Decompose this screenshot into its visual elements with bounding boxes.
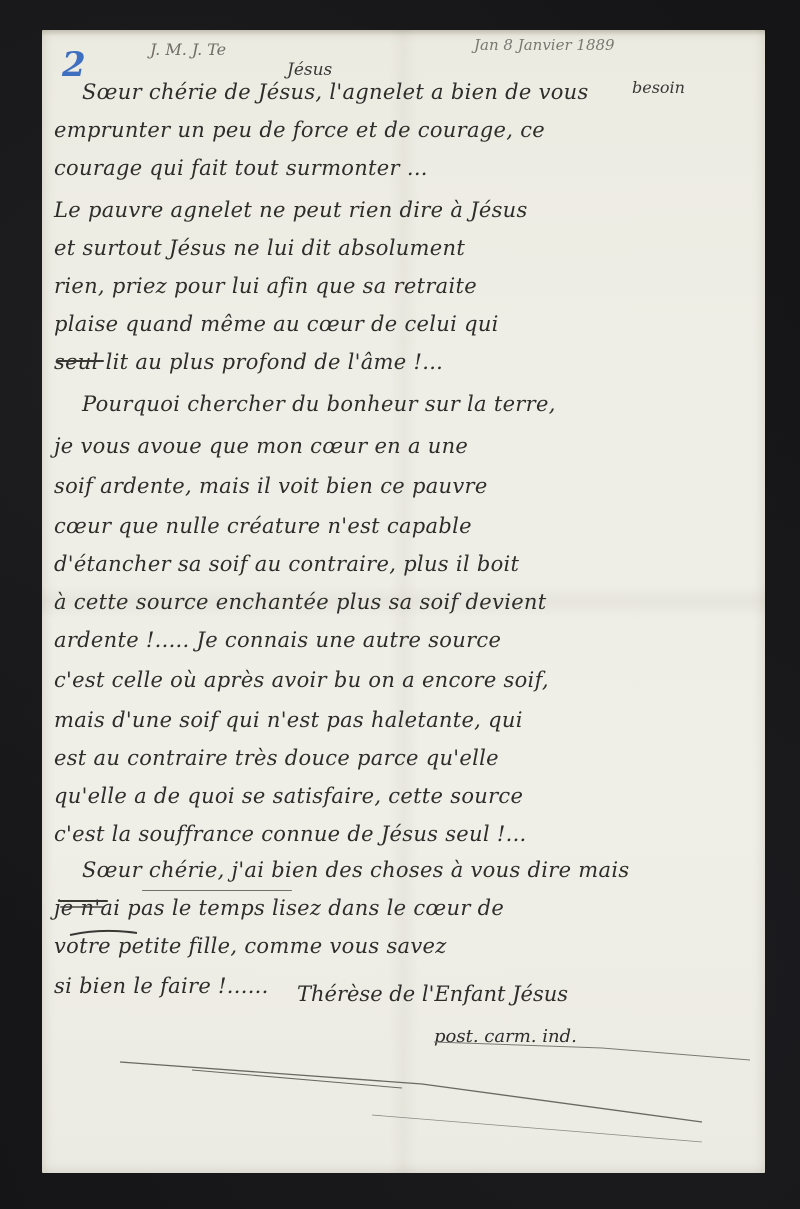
underline-flourish [58, 900, 108, 902]
underline-seul [56, 360, 104, 362]
body-line: à cette source enchantée plus sa soif de… [54, 590, 547, 614]
letter-page: 2 J. M. J. Te Jan 8 Janvier 1889 Jésus b… [42, 30, 765, 1173]
body-line: Sœur chérie de Jésus, l'agnelet a bien d… [82, 80, 589, 104]
body-line: ardente !..... Je connais une autre sour… [54, 628, 501, 652]
body-line: Sœur chérie, j'ai bien des choses à vous… [82, 858, 629, 882]
archive-number: 2 [62, 48, 86, 82]
body-line: je vous avoue que mon cœur en a une [54, 434, 468, 458]
body-line: est au contraire très douce parce qu'ell… [54, 746, 499, 770]
body-line: votre petite fille, comme vous savez [54, 934, 447, 958]
body-line: c'est celle où après avoir bu on a encor… [54, 668, 549, 692]
body-line: qu'elle a de quoi se satisfaire, cette s… [54, 784, 523, 808]
body-line: je n'ai pas le temps lisez dans le cœur … [54, 896, 504, 920]
body-line: seul lit au plus profond de l'âme !... [54, 350, 443, 374]
body-line: Pourquoi chercher du bonheur sur la terr… [82, 392, 556, 416]
insert-besoin: besoin [632, 78, 685, 97]
insert-jesus: Jésus [287, 60, 332, 80]
body-line: si bien le faire !...... [54, 974, 269, 998]
signature-title: post. carm. ind. [434, 1026, 577, 1047]
body-line: courage qui fait tout surmonter ... [54, 156, 428, 180]
body-line: Le pauvre agnelet ne peut rien dire à Jé… [54, 198, 528, 222]
body-line: emprunter un peu de force et de courage,… [54, 118, 545, 142]
body-line: cœur que nulle créature n'est capable [54, 514, 472, 538]
date-note: Jan 8 Janvier 1889 [474, 36, 615, 54]
header-note: J. M. J. Te [150, 40, 226, 59]
body-line: rien, priez pour lui afin que sa retrait… [54, 274, 477, 298]
body-line: mais d'une soif qui n'est pas haletante,… [54, 708, 523, 732]
paper-edge [42, 30, 765, 36]
body-line: soif ardente, mais il voit bien ce pauvr… [54, 474, 488, 498]
body-line: plaise quand même au cœur de celui qui [54, 312, 499, 336]
underline-flourish [60, 906, 104, 908]
body-line: d'étancher sa soif au contraire, plus il… [54, 552, 519, 576]
body-line: c'est la souffrance connue de Jésus seul… [54, 822, 527, 846]
underline-petite-fille [142, 890, 292, 891]
signature-name: Thérèse de l'Enfant Jésus [297, 982, 568, 1006]
body-line: et surtout Jésus ne lui dit absolument [54, 236, 465, 260]
